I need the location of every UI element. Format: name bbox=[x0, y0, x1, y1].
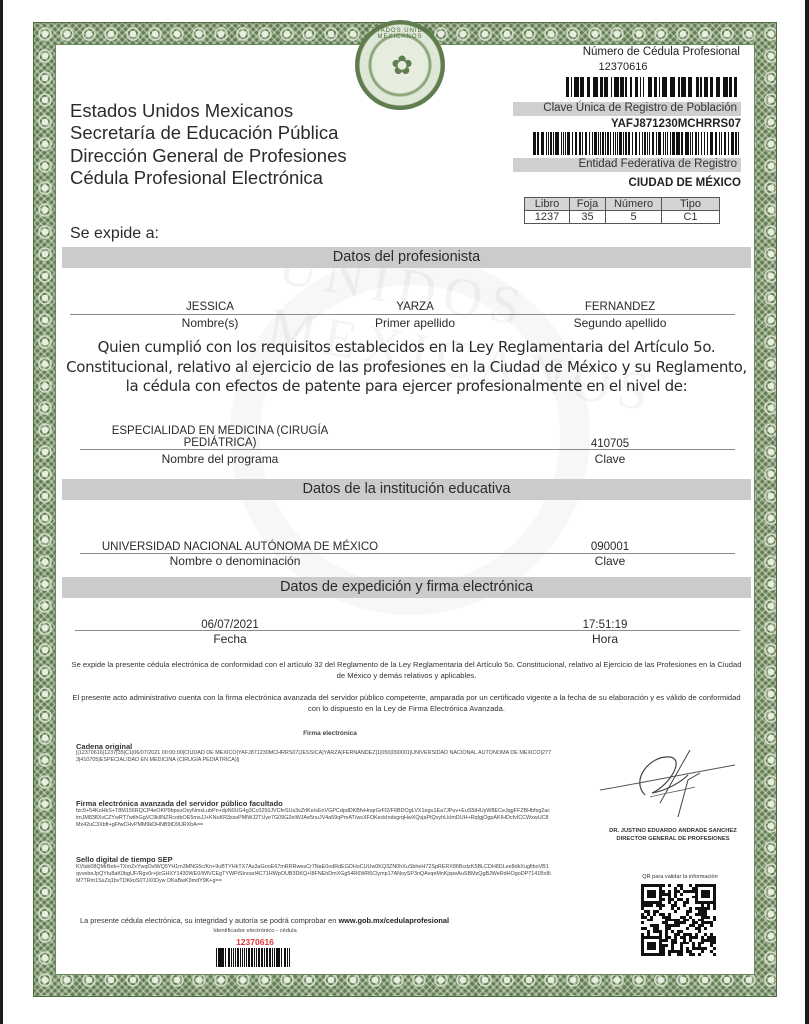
value-libro: 1237 bbox=[525, 211, 570, 224]
cedula-barcode bbox=[566, 77, 741, 97]
firma-electronica-title: Firma electrónica bbox=[250, 730, 410, 737]
emblem-text: ESTADOS UNIDOS MEXICANOS bbox=[357, 28, 443, 40]
header-foja: Foja bbox=[570, 198, 606, 211]
institucion-nombre-label: Nombre o denominación bbox=[160, 554, 310, 568]
qr-code-icon[interactable] bbox=[641, 884, 716, 956]
section-header-institucion: Datos de la institución educativa bbox=[62, 479, 751, 500]
section-header-expedicion: Datos de expedición y firma electrónica bbox=[62, 577, 751, 598]
value-foja: 35 bbox=[570, 211, 606, 224]
verification-text: La presente cédula electrónica, su integ… bbox=[80, 916, 500, 925]
fecha-label: Fecha bbox=[180, 632, 280, 646]
divider bbox=[80, 449, 735, 450]
header-libro: Libro bbox=[525, 198, 570, 211]
programa-clave-label: Clave bbox=[570, 452, 650, 466]
screen-edge-left bbox=[0, 0, 3, 1024]
registry-table: Libro Foja Número Tipo 1237 35 5 C1 bbox=[524, 197, 720, 224]
signature-icon bbox=[590, 745, 740, 820]
segundo-apellido-value: FERNANDEZ bbox=[555, 301, 685, 313]
se-expide-label: Se expide a: bbox=[70, 225, 159, 243]
value-numero: 5 bbox=[606, 211, 662, 224]
cedula-number-label: Número de Cédula Profesional bbox=[540, 46, 740, 58]
identifier-barcode bbox=[216, 948, 292, 967]
legal-paragraph-2: El presente acto administrativo cuenta c… bbox=[70, 693, 743, 714]
sello-digital-title: Sello digital de tiempo SEP bbox=[76, 855, 173, 864]
curp-label: Clave Única de Registro de Población bbox=[513, 102, 741, 116]
institucion-clave-label: Clave bbox=[570, 554, 650, 568]
screen-edge-right bbox=[805, 0, 809, 1024]
verification-url-link[interactable]: www.gob.mx/cedulaprofesional bbox=[338, 916, 449, 925]
header-numero: Número bbox=[606, 198, 662, 211]
director-name: DR. JUSTINO EDUARDO ANDRADE SANCHEZ bbox=[593, 827, 753, 835]
sello-digital-text: KVtsb08QMrBeb+TXmZxYwqOvlWQ5YH1m3MNG5c/K… bbox=[76, 864, 551, 886]
cadena-original-text: ||12370616|1237|35|C1|06/07/2021 00:00:0… bbox=[76, 750, 551, 765]
curp-barcode bbox=[533, 132, 741, 155]
qr-label: QR para validar la información bbox=[630, 874, 730, 880]
org-line-secretaria: Secretaría de Educación Pública bbox=[70, 122, 347, 144]
divider bbox=[70, 314, 735, 315]
eagle-icon: ✿ bbox=[387, 50, 417, 80]
entidad-value: CIUDAD DE MÉXICO bbox=[540, 177, 741, 189]
org-line-direccion: Dirección General de Profesiones bbox=[70, 145, 347, 167]
primer-apellido-label: Primer apellido bbox=[355, 316, 475, 330]
director-signature-block: DR. JUSTINO EDUARDO ANDRADE SANCHEZ DIRE… bbox=[593, 827, 753, 843]
programa-nombre: ESPECIALIDAD EN MEDICINA (CIRUGÍA PEDIÁT… bbox=[110, 425, 330, 449]
divider bbox=[75, 630, 740, 631]
firma-avanzada-title: Firma electrónica avanzada del servidor … bbox=[76, 799, 283, 808]
nombre-label: Nombre(s) bbox=[150, 316, 270, 330]
org-line-document-type: Cédula Profesional Electrónica bbox=[70, 167, 347, 189]
entidad-label: Entidad Federativa de Registro bbox=[513, 158, 741, 172]
programa-nombre-line1: ESPECIALIDAD EN MEDICINA (CIRUGÍA bbox=[110, 425, 330, 437]
hora-label: Hora bbox=[565, 632, 645, 646]
legal-paragraph-1: Se expide la presente cédula electrónica… bbox=[70, 660, 743, 681]
programa-nombre-line2: PEDIÁTRICA) bbox=[110, 437, 330, 449]
legal-statement: Quien cumplió con los requisitos estable… bbox=[62, 338, 751, 397]
verification-sentence: La presente cédula electrónica, su integ… bbox=[80, 916, 336, 925]
institucion-nombre: UNIVERSIDAD NACIONAL AUTÓNOMA DE MÉXICO bbox=[90, 541, 390, 553]
issuing-authority: Estados Unidos Mexicanos Secretaría de E… bbox=[70, 100, 347, 189]
section-header-profesionista: Datos del profesionista bbox=[62, 247, 751, 268]
firma-avanzada-text: fzc9+54KoHkS+T8M156RQCP4eOKP9bpsuOsyNmsL… bbox=[76, 808, 551, 830]
segundo-apellido-label: Segundo apellido bbox=[555, 316, 685, 330]
nombre-value: JESSICA bbox=[150, 301, 270, 313]
coat-of-arms-mexico-icon: ESTADOS UNIDOS MEXICANOS ✿ bbox=[355, 20, 445, 110]
director-title: DIRECTOR GENERAL DE PROFESIONES bbox=[593, 835, 753, 843]
primer-apellido-value: YARZA bbox=[355, 301, 475, 313]
institucion-clave: 090001 bbox=[570, 541, 650, 553]
identifier-value: 12370616 bbox=[200, 937, 310, 947]
curp-value: YAFJ871230MCHRRS07 bbox=[540, 118, 741, 130]
identifier-label: Identificador electrónico - cédula bbox=[200, 928, 310, 934]
header-tipo: Tipo bbox=[662, 198, 720, 211]
programa-nombre-label: Nombre del programa bbox=[150, 452, 290, 466]
value-tipo: C1 bbox=[662, 211, 720, 224]
cedula-number: 12370616 bbox=[540, 61, 706, 73]
org-line-country: Estados Unidos Mexicanos bbox=[70, 100, 347, 122]
